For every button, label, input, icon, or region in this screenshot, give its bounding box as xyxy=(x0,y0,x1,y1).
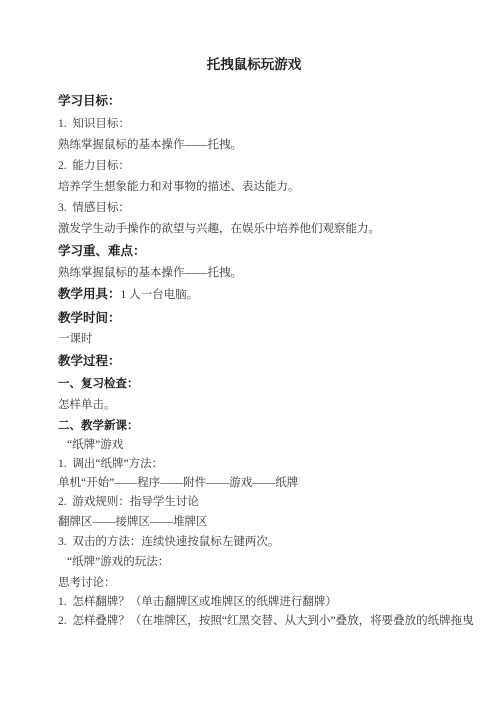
document-page: 托拽鼠标玩游戏 学习目标： 1. 知识目标： 熟练掌握鼠标的基本操作——托拽。 … xyxy=(0,0,500,707)
goal-knowledge-desc: 熟练掌握鼠标的基本操作——托拽。 xyxy=(58,138,450,153)
goal-item-emotion: 3. 情感目标： xyxy=(58,201,450,216)
heading-learning-goals: 学习目标： xyxy=(58,93,450,110)
step-open-solitaire: 1. 调出“纸牌”方法： xyxy=(58,457,450,472)
document-content: 托拽鼠标玩游戏 学习目标： 1. 知识目标： 熟练掌握鼠标的基本操作——托拽。 … xyxy=(0,0,500,629)
heading-key-points: 学习重、难点： xyxy=(58,243,450,260)
heading-teaching-process: 教学过程： xyxy=(58,353,450,370)
solitaire-game-label: “纸牌”游戏 xyxy=(58,438,450,453)
subheading-review-check: 一、复习检查： xyxy=(58,377,450,392)
goal-ability-desc: 培养学生想象能力和对事物的描述、表达能力。 xyxy=(58,180,450,195)
goal-item-ability: 2. 能力目标： xyxy=(58,159,450,174)
open-solitaire-path: 单机“开始”——程序——附件——游戏——纸牌 xyxy=(58,476,450,491)
teaching-tools-value: 1 人一台电脑。 xyxy=(121,289,199,301)
question-flip-card: 1. 怎样翻牌？（单击翻牌区或堆牌区的纸牌进行翻牌） xyxy=(58,595,450,610)
heading-teaching-time: 教学时间： xyxy=(58,310,450,327)
teaching-tools-line: 教学用具：1 人一台电脑。 xyxy=(58,287,450,303)
review-content: 怎样单击。 xyxy=(58,398,450,413)
step-game-rules: 2. 游戏规则：指导学生讨论 xyxy=(58,495,450,510)
heading-teaching-tools: 教学用具： xyxy=(58,287,121,301)
solitaire-play-label: “纸牌”游戏的玩法： xyxy=(58,555,450,570)
think-discuss-label: 思考讨论： xyxy=(58,576,450,591)
goal-emotion-desc: 激发学生动手操作的欲望与兴趣，在娱乐中培养他们观察能力。 xyxy=(58,222,450,237)
key-points-desc: 熟练掌握鼠标的基本操作——托拽。 xyxy=(58,266,450,281)
question-stack-card: 2. 怎样叠牌？（在堆牌区，按照“红黑交替、从大到小”叠放，将要叠放的纸牌拖曳 xyxy=(58,614,450,629)
step-double-click: 3. 双击的方法：连续快速按鼠标左键两次。 xyxy=(58,535,450,550)
page-title: 托拽鼠标玩游戏 xyxy=(58,57,450,73)
goal-item-knowledge: 1. 知识目标： xyxy=(58,117,450,132)
teaching-time-value: 一课时 xyxy=(58,332,450,347)
subheading-new-lesson: 二、教学新课： xyxy=(58,419,450,434)
game-areas: 翻牌区——接牌区——堆牌区 xyxy=(58,515,450,530)
